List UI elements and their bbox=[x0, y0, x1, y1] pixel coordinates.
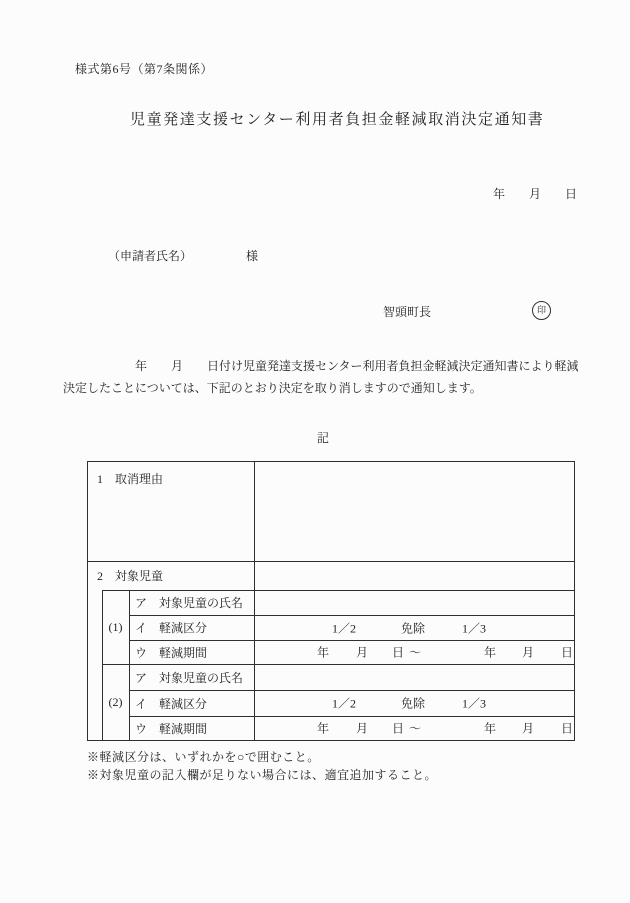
group-1-reduction-options: 1／2 免除 1／3 bbox=[254, 615, 574, 640]
body-line-1: 年 月 日付け児童発達支援センター利用者負担金軽減決定通知書により軽減 bbox=[63, 355, 593, 377]
period-month-1: 月 bbox=[356, 644, 368, 661]
group-2-period-value: 年 月 日 ～ 年 月 日 bbox=[254, 716, 574, 740]
period-wave: ～ bbox=[409, 644, 421, 661]
period-year-1: 年 bbox=[317, 720, 329, 737]
group-1-child-name-value bbox=[254, 590, 574, 615]
issue-date-line: 年 月 日 bbox=[493, 185, 577, 202]
period-month-2: 月 bbox=[522, 644, 534, 661]
details-table: 1 取消理由 2 対象児童 (1) ア 対象児童の氏名 イ 軽減区分 1／2 免… bbox=[87, 461, 575, 741]
period-day-2: 日 bbox=[561, 644, 573, 661]
period-month-1: 月 bbox=[356, 720, 368, 737]
ki-heading: 記 bbox=[317, 429, 329, 446]
group-1-reduction-label: イ 軽減区分 bbox=[135, 615, 254, 640]
group-1-number: (1) bbox=[102, 590, 129, 664]
cancellation-reason-value bbox=[254, 462, 574, 561]
group-2-child-name-value bbox=[254, 664, 574, 690]
period-year-2: 年 bbox=[484, 644, 496, 661]
document-page: 様式第6号（第7条関係） 児童発達支援センター利用者負担金軽減取消決定通知書 年… bbox=[0, 0, 630, 903]
issuer-name: 智頭町長 bbox=[383, 303, 431, 320]
footnote-2: ※対象児童の記入欄が足りない場合には、適宜追加すること。 bbox=[87, 766, 437, 783]
group-2-child-name-label: ア 対象児童の氏名 bbox=[135, 664, 254, 690]
table-rule bbox=[129, 590, 130, 740]
period-day-1: 日 bbox=[392, 644, 404, 661]
form-number: 様式第6号（第7条関係） bbox=[75, 60, 213, 77]
option-exempt: 免除 bbox=[401, 619, 425, 636]
group-1-period-label: ウ 軽減期間 bbox=[135, 640, 254, 664]
option-half: 1／2 bbox=[332, 619, 356, 636]
option-exempt: 免除 bbox=[401, 695, 425, 712]
footnote-1: ※軽減区分は、いずれかを○で囲むこと。 bbox=[87, 748, 320, 765]
group-2-reduction-options: 1／2 免除 1／3 bbox=[254, 690, 574, 716]
seal-mark-icon: 印 bbox=[532, 301, 551, 320]
period-day-2: 日 bbox=[561, 720, 573, 737]
group-1-child-name-label: ア 対象児童の氏名 bbox=[135, 590, 254, 615]
option-third: 1／3 bbox=[462, 619, 486, 636]
group-2-number: (2) bbox=[102, 664, 129, 740]
period-wave: ～ bbox=[409, 720, 421, 737]
group-2-reduction-label: イ 軽減区分 bbox=[135, 690, 254, 716]
cancellation-reason-label: 1 取消理由 bbox=[97, 468, 163, 488]
group-1-period-value: 年 月 日 ～ 年 月 日 bbox=[254, 640, 574, 664]
target-children-value bbox=[254, 561, 574, 590]
period-day-1: 日 bbox=[392, 720, 404, 737]
option-half: 1／2 bbox=[332, 695, 356, 712]
period-year-1: 年 bbox=[317, 644, 329, 661]
option-third: 1／3 bbox=[462, 695, 486, 712]
target-children-label: 2 対象児童 bbox=[97, 561, 163, 590]
body-paragraph: 年 月 日付け児童発達支援センター利用者負担金軽減決定通知書により軽減 決定した… bbox=[63, 355, 593, 399]
period-year-2: 年 bbox=[484, 720, 496, 737]
addressee-honorific: 様 bbox=[246, 249, 258, 263]
group-2-period-label: ウ 軽減期間 bbox=[135, 716, 254, 740]
body-line-2: 決定したことについては、下記のとおり決定を取り消しますので通知します。 bbox=[63, 377, 593, 399]
addressee-line: （申請者氏名）様 bbox=[108, 247, 258, 264]
period-month-2: 月 bbox=[522, 720, 534, 737]
document-title: 児童発達支援センター利用者負担金軽減取消決定通知書 bbox=[130, 108, 544, 129]
addressee-label: （申請者氏名） bbox=[108, 249, 192, 263]
